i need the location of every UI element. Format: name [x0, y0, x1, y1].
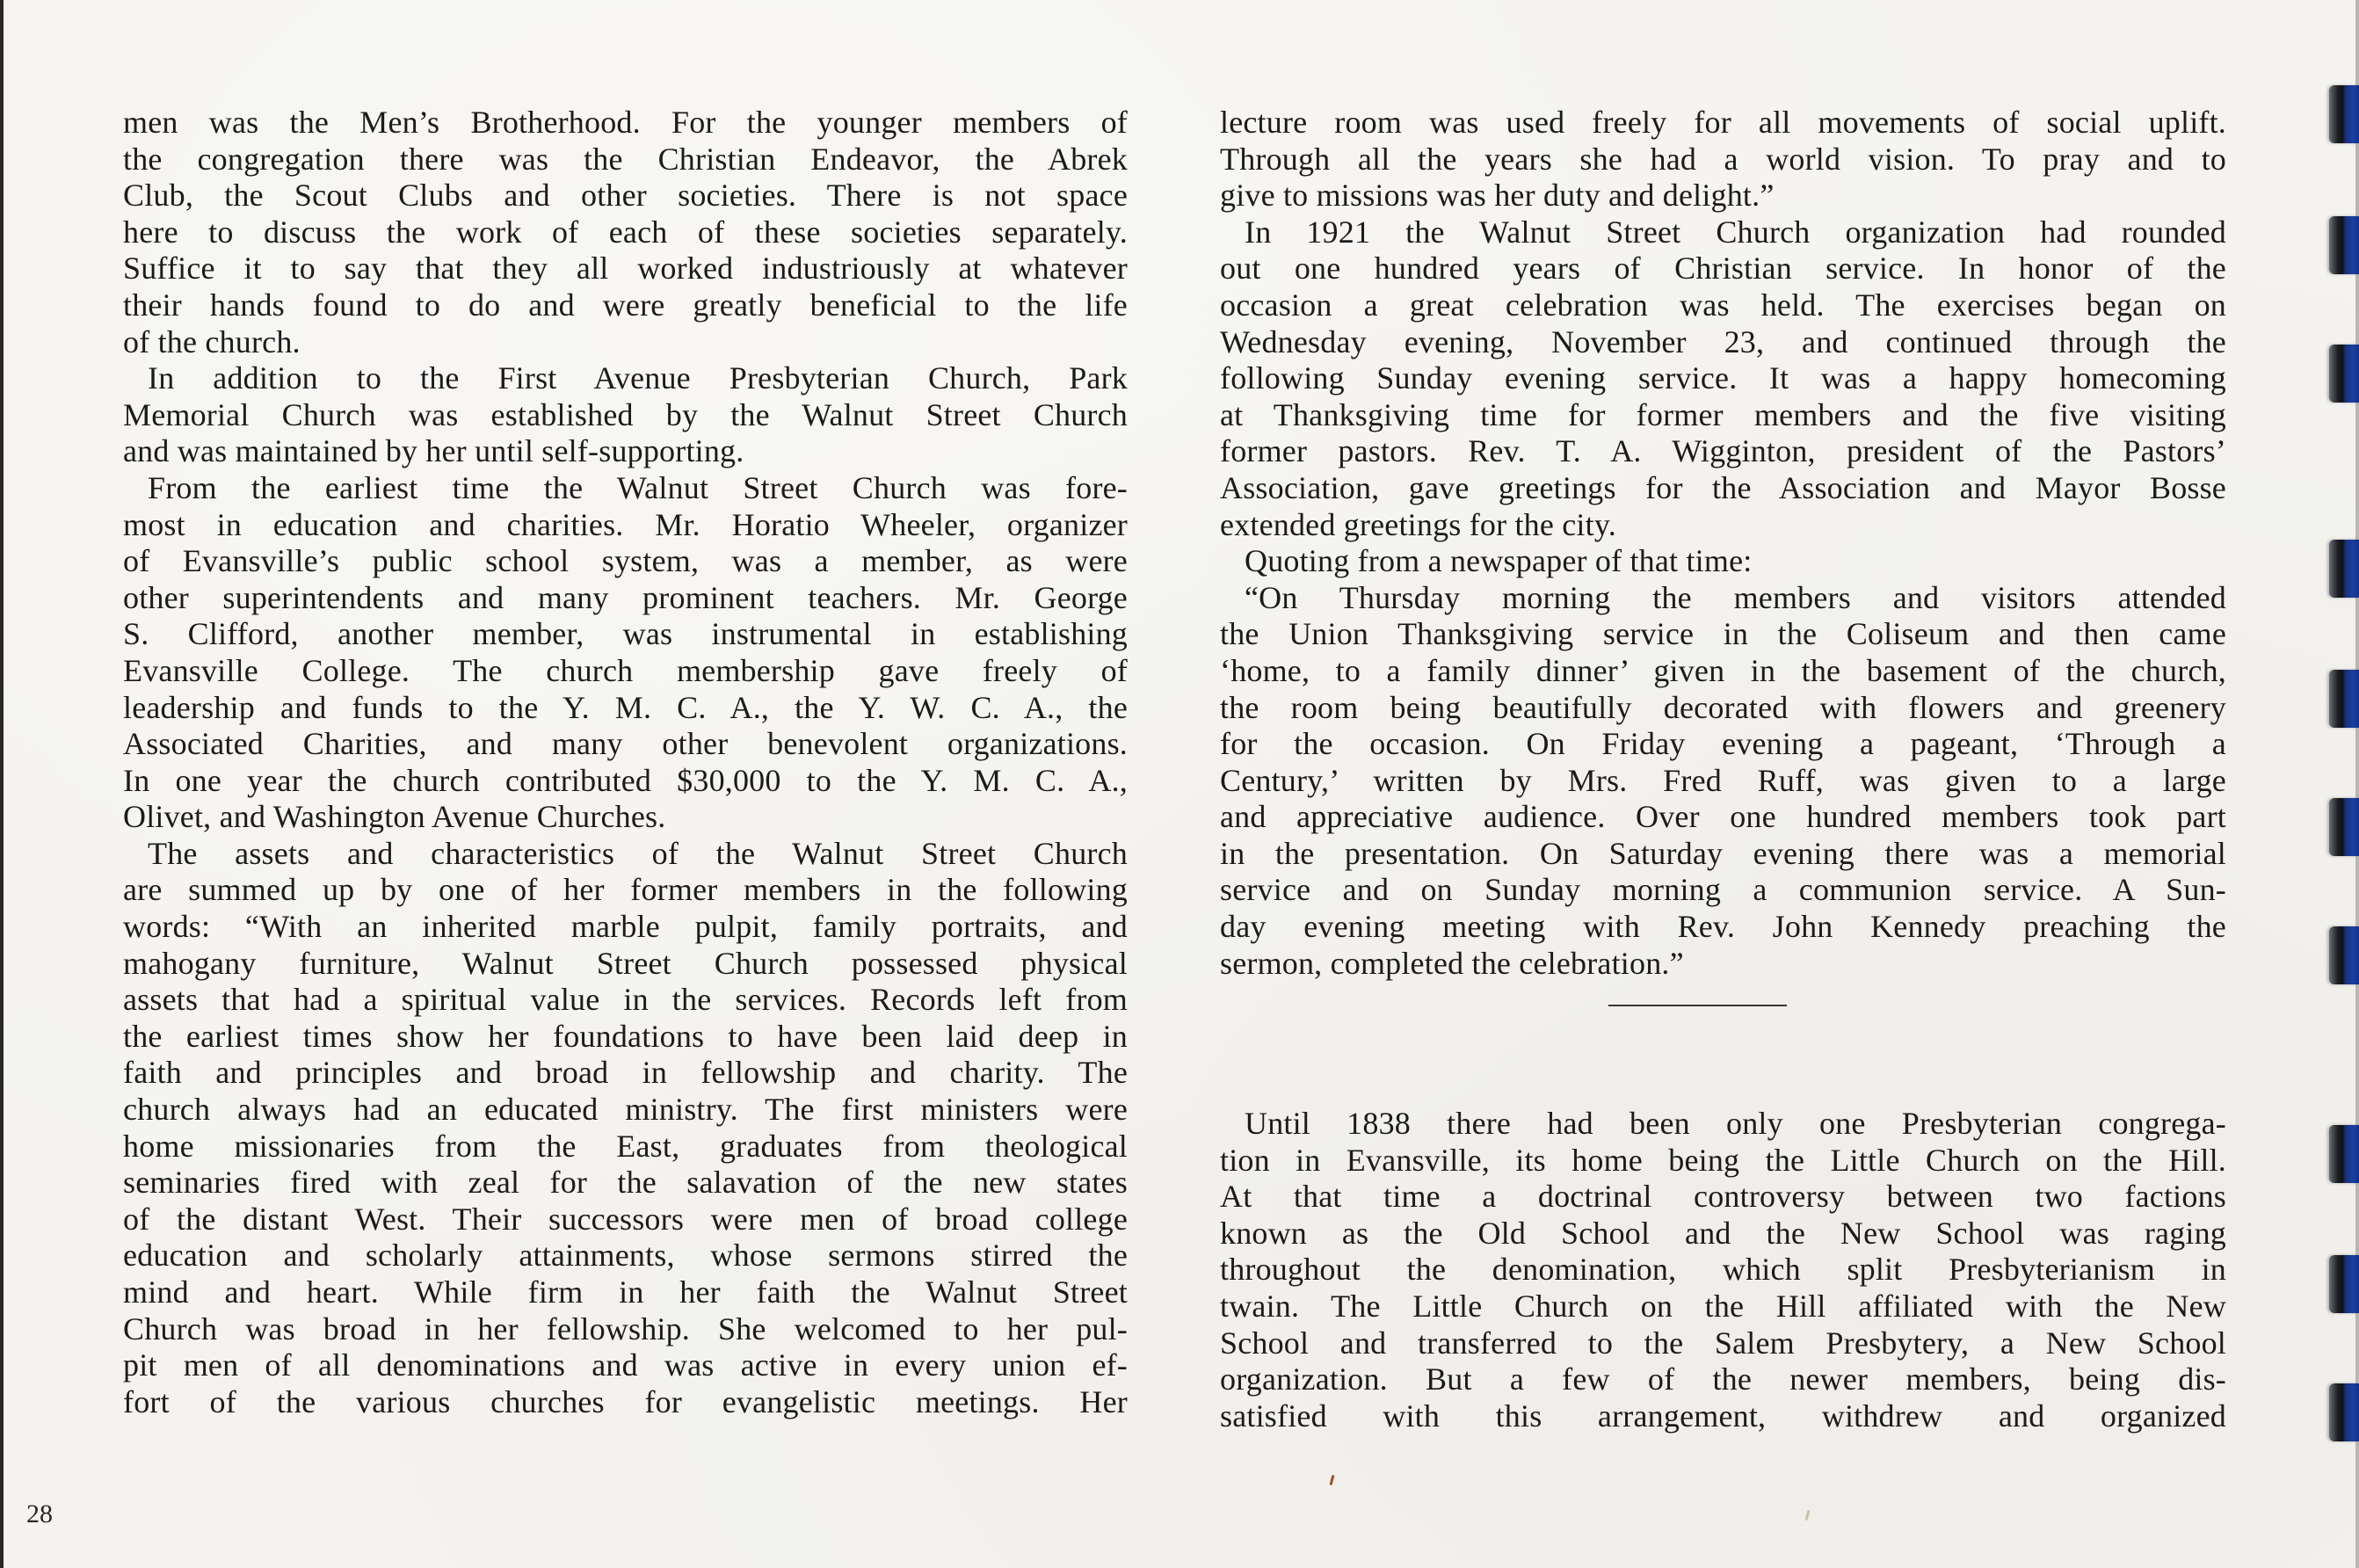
text-line: lecture room was used freely for all mov… — [1220, 105, 2226, 142]
text-line: known as the Old School and the New Scho… — [1220, 1216, 2226, 1252]
text-line: the congregation there was the Christian… — [123, 142, 1128, 178]
section-divider-rule — [1608, 1005, 1787, 1006]
text-line: at Thanksgiving time for former members … — [1220, 397, 2226, 434]
binding-ring-icon — [2329, 1383, 2359, 1441]
text-line: and appreciative audience. Over one hund… — [1220, 799, 2226, 836]
text-line: of Evansville’s public school system, wa… — [123, 543, 1128, 580]
book-page: men was the Men’s Brotherhood. For the y… — [0, 0, 2359, 1568]
text-line: Olivet, and Washington Avenue Churches. — [123, 799, 1128, 836]
text-line: of the church. — [123, 324, 1128, 361]
text-line: In one year the church contributed $30,0… — [123, 763, 1128, 800]
text-line: sermon, completed the celebration.” — [1220, 946, 2226, 983]
text-line: for the occasion. On Friday evening a pa… — [1220, 726, 2226, 763]
text-line: Wednesday evening, November 23, and cont… — [1220, 324, 2226, 361]
paragraph-start-line: Quoting from a newspaper of that time: — [1220, 543, 2226, 580]
text-line: leadership and funds to the Y. M. C. A.,… — [123, 690, 1128, 727]
text-line: are summed up by one of her former membe… — [123, 872, 1128, 909]
binding-ring-icon — [2329, 1125, 2359, 1183]
binding-ring-icon — [2329, 1255, 2359, 1313]
text-line: service and on Sunday morning a communio… — [1220, 872, 2226, 909]
text-line: Associated Charities, and many other ben… — [123, 726, 1128, 763]
text-line: the Union Thanksgiving service in the Co… — [1220, 616, 2226, 653]
text-line: education and scholarly attainments, who… — [123, 1238, 1128, 1274]
text-line: satisfied with this arrangement, withdre… — [1220, 1398, 2226, 1435]
text-line: mahogany furniture, Walnut Street Church… — [123, 946, 1128, 983]
text-line: throughout the denomination, which split… — [1220, 1252, 2226, 1289]
text-line: day evening meeting with Rev. John Kenne… — [1220, 909, 2226, 946]
text-line: other superintendents and many prominent… — [123, 580, 1128, 617]
text-line: words: “With an inherited marble pulpit,… — [123, 909, 1128, 946]
text-line: At that time a doctrinal controversy bet… — [1220, 1179, 2226, 1216]
text-line: and was maintained by her until self-sup… — [123, 433, 1128, 470]
text-line: School and transferred to the Salem Pres… — [1220, 1325, 2226, 1362]
text-line: occasion a great celebration was held. T… — [1220, 287, 2226, 324]
left-text-column: men was the Men’s Brotherhood. For the y… — [123, 105, 1128, 1420]
paragraph-start-line: “On Thursday morning the members and vis… — [1220, 580, 2226, 617]
page-left-edge-shadow — [0, 0, 4, 1568]
right-text-column-bottom: Until 1838 there had been only one Presb… — [1220, 1106, 2226, 1434]
text-line: mind and heart. While firm in her faith … — [123, 1274, 1128, 1311]
text-line: former pastors. Rev. T. A. Wigginton, pr… — [1220, 433, 2226, 470]
text-line: organization. But a few of the newer mem… — [1220, 1361, 2226, 1398]
text-line: following Sunday evening service. It was… — [1220, 360, 2226, 397]
text-line: the room being beautifully decorated wit… — [1220, 690, 2226, 727]
text-line: Association, gave greetings for the Asso… — [1220, 470, 2226, 507]
paragraph-start-line: In addition to the First Avenue Presbyte… — [123, 360, 1128, 397]
text-line: most in education and charities. Mr. Hor… — [123, 507, 1128, 544]
text-line: Club, the Scout Clubs and other societie… — [123, 178, 1128, 214]
text-line: here to discuss the work of each of thes… — [123, 214, 1128, 251]
binding-ring-icon — [2329, 85, 2359, 143]
text-line: their hands found to do and were greatly… — [123, 287, 1128, 324]
paragraph-start-line: In 1921 the Walnut Street Church organiz… — [1220, 214, 2226, 251]
text-line: church always had an educated ministry. … — [123, 1092, 1128, 1129]
binding-ring-icon — [2329, 926, 2359, 984]
binding-ring-icon — [2329, 345, 2359, 403]
text-line: ‘home, to a family dinner’ given in the … — [1220, 653, 2226, 690]
paragraph-start-line: Until 1838 there had been only one Presb… — [1220, 1106, 2226, 1143]
text-line: Evansville College. The church membershi… — [123, 653, 1128, 690]
text-line: of the distant West. Their successors we… — [123, 1201, 1128, 1238]
text-line: the earliest times show her foundations … — [123, 1019, 1128, 1056]
text-line: Suffice it to say that they all worked i… — [123, 250, 1128, 287]
spiral-binding — [2336, 0, 2359, 1568]
right-text-column-top: lecture room was used freely for all mov… — [1220, 105, 2226, 982]
text-line: pit men of all denominations and was act… — [123, 1347, 1128, 1384]
paper-speck — [1329, 1475, 1334, 1485]
text-line: in the presentation. On Saturday evening… — [1220, 836, 2226, 873]
text-line: Through all the years she had a world vi… — [1220, 142, 2226, 178]
binding-ring-icon — [2329, 798, 2359, 856]
text-line: fort of the various churches for evangel… — [123, 1384, 1128, 1421]
text-line: give to missions was her duty and deligh… — [1220, 178, 2226, 214]
text-line: men was the Men’s Brotherhood. For the y… — [123, 105, 1128, 142]
text-line: Church was broad in her fellowship. She … — [123, 1311, 1128, 1348]
paper-speck — [1804, 1510, 1810, 1521]
paragraph-start-line: The assets and characteristics of the Wa… — [123, 836, 1128, 873]
text-line: assets that had a spiritual value in the… — [123, 982, 1128, 1019]
text-line: Memorial Church was established by the W… — [123, 397, 1128, 434]
text-line: home missionaries from the East, graduat… — [123, 1129, 1128, 1165]
text-line: S. Clifford, another member, was instrum… — [123, 616, 1128, 653]
paragraph-start-line: From the earliest time the Walnut Street… — [123, 470, 1128, 507]
text-line: Century,’ written by Mrs. Fred Ruff, was… — [1220, 763, 2226, 800]
text-line: seminaries fired with zeal for the salav… — [123, 1165, 1128, 1201]
binding-ring-icon — [2329, 216, 2359, 274]
text-line: out one hundred years of Christian servi… — [1220, 250, 2226, 287]
text-line: extended greetings for the city. — [1220, 507, 2226, 544]
text-line: twain. The Little Church on the Hill aff… — [1220, 1289, 2226, 1325]
binding-ring-icon — [2329, 540, 2359, 598]
text-line: tion in Evansville, its home being the L… — [1220, 1143, 2226, 1180]
text-line: faith and principles and broad in fellow… — [123, 1055, 1128, 1092]
binding-ring-icon — [2329, 670, 2359, 728]
page-number: 28 — [26, 1499, 53, 1529]
